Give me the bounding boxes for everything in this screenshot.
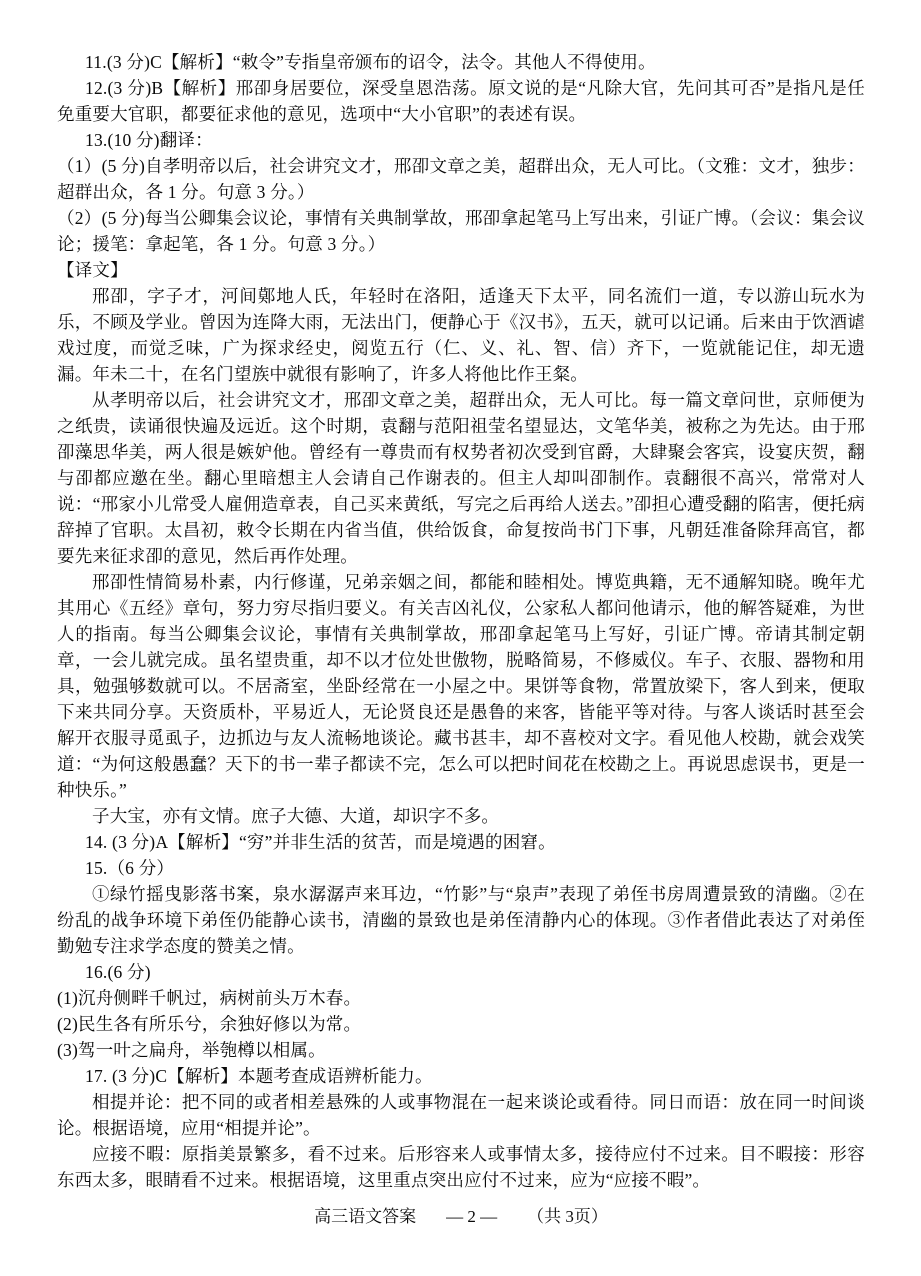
answer-16-line-2: (2)民生各有所乐兮，余独好修以为常。 (57, 1011, 865, 1037)
answer-11: 11.(3 分)C【解析】“敕令”专指皇帝颁布的诏令，法令。其他人不得使用。 (57, 49, 865, 75)
answer-17-explain-1: 相提并论：把不同的或者相差悬殊的人或事物混在一起来谈论或看待。同日而语：放在同一… (57, 1089, 865, 1141)
answer-15-label: 15.（6 分） (57, 855, 865, 881)
answer-15-analysis: ①绿竹摇曳影落书案，泉水潺潺声来耳边，“竹影”与“泉声”表现了弟侄书房周遭景致的… (57, 881, 865, 959)
footer-total-pages: （共 3页） (527, 1204, 608, 1230)
footer-page-number: — 2 — (446, 1204, 497, 1230)
answer-16-label: 16.(6 分) (57, 959, 865, 985)
answer-13-label: 13.(10 分)翻译： (57, 127, 865, 153)
translation-para-2: 从孝明帝以后，社会讲究文才，邢卲文章之美，超群出众，无人可比。每一篇文章问世，京… (57, 387, 865, 569)
answer-14: 14. (3 分)A【解析】“穷”并非生活的贫苦，而是境遇的困窘。 (57, 829, 865, 855)
answer-13-translation-1: （1）(5 分)自孝明帝以后，社会讲究文才，邢卲文章之美，超群出众，无人可比。（… (57, 153, 865, 205)
footer-doc-title: 高三语文答案 (314, 1204, 416, 1230)
answer-17-explain-2: 应接不暇：原指美景繁多，看不过来。后形容来人或事情太多，接待应付不过来。目不暇接… (57, 1141, 865, 1193)
translation-para-1: 邢卲，字子才，河间鄚地人氏，年轻时在洛阳，适逢天下太平，同名流们一道，专以游山玩… (57, 283, 865, 387)
document-page: 11.(3 分)C【解析】“敕令”专指皇帝颁布的诏令，法令。其他人不得使用。 1… (0, 0, 921, 1276)
translation-para-4: 子大宝，亦有文情。庶子大德、大道，却识字不多。 (57, 803, 865, 829)
page-footer: 高三语文答案 — 2 — （共 3页） (57, 1204, 865, 1230)
answer-sheet-body: 11.(3 分)C【解析】“敕令”专指皇帝颁布的诏令，法令。其他人不得使用。 1… (57, 49, 865, 1193)
answer-17: 17. (3 分)C【解析】本题考查成语辨析能力。 (57, 1063, 865, 1089)
answer-12: 12.(3 分)B【解析】邢卲身居要位，深受皇恩浩荡。原文说的是“凡除大官，先问… (57, 75, 865, 127)
translation-para-3: 邢卲性情简易朴素，内行修谨，兄弟亲姻之间，都能和睦相处。博览典籍，无不通解知晓。… (57, 569, 865, 803)
translation-heading: 【译文】 (57, 257, 865, 283)
answer-13-translation-2: （2）(5 分)每当公卿集会议论，事情有关典制掌故，邢卲拿起笔马上写出来，引证广… (57, 205, 865, 257)
answer-16-line-1: (1)沉舟侧畔千帆过，病树前头万木春。 (57, 985, 865, 1011)
answer-16-line-3: (3)驾一叶之扁舟，举匏樽以相属。 (57, 1037, 865, 1063)
